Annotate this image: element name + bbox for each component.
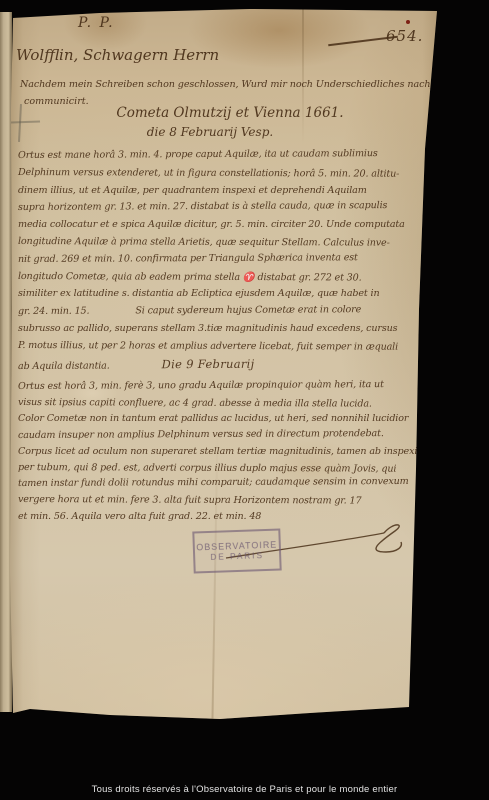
manuscript-line: visus sit ipsius capiti confluere, ac 4 … xyxy=(18,397,438,415)
manuscript-page: P. P. 654. Wolfflin, Schwagern Herrn Nac… xyxy=(10,9,444,721)
manuscript-line: nit grad. 269 et min. 10. confirmata per… xyxy=(18,252,438,271)
feb9-section-heading: Die 9 Februarij xyxy=(162,356,255,370)
binding-edge xyxy=(0,12,12,712)
opening-line: communicirt. xyxy=(24,96,89,107)
manuscript-line: similiter ex latitudine s. distantia ab … xyxy=(18,288,438,305)
manuscript-line: subrusso ac pallido, superans stellam 3.… xyxy=(18,323,438,340)
pencil-cross-mark xyxy=(18,104,21,142)
page-number: 654. xyxy=(386,27,423,45)
copyright-footer: Tous droits réservés à l'Observatoire de… xyxy=(0,784,489,795)
manuscript-line: caudam insuper non amplius Delphinum ver… xyxy=(18,427,438,445)
scanned-page-view: P. P. 654. Wolfflin, Schwagern Herrn Nac… xyxy=(0,0,489,800)
opening-line: Nachdem mein Schreiben schon geschlossen… xyxy=(20,79,477,90)
manuscript-line: tamen instar fundi dolii rotundus mihi c… xyxy=(18,476,438,494)
manuscript-line: Ortus est mane horâ 3. min. 4. prope cap… xyxy=(18,148,438,167)
salutation: P. P. xyxy=(78,15,115,31)
observation-feb8: Ortus est mane horâ 3. min. 4. prope cap… xyxy=(18,150,438,375)
stamp-text-line2: DE PARIS xyxy=(210,551,264,563)
manuscript-line: Ortus est horâ 3, min. ferè 3, uno gradu… xyxy=(18,379,438,397)
ink-spot xyxy=(406,20,410,24)
paragraph-end: ab Aquila distantia. xyxy=(18,360,110,371)
manuscript-line: supra horizontem gr. 13. et min. 27. dis… xyxy=(18,200,438,219)
manuscript-line: Delphinum versus extenderet, ut in figur… xyxy=(18,167,438,186)
paper-crease xyxy=(302,9,304,144)
manuscript-line: gr. 24. min. 15. Si caput sydereum hujus… xyxy=(18,303,438,322)
measurement-value: gr. 24. min. 15. xyxy=(18,305,89,316)
manuscript-line: Corpus licet ad oculum non superaret ste… xyxy=(18,446,438,462)
pencil-cross-mark xyxy=(10,120,40,123)
manuscript-line-continuation: Si caput sydereum hujus Cometæ erat in c… xyxy=(135,304,361,316)
opening-line: Wolfflin, Schwagern Herrn xyxy=(16,46,219,64)
observatoire-paris-stamp: OBSERVATOIRE DE PARIS xyxy=(192,528,281,573)
manuscript-line: media collocatur et e spica Aquilæ dicit… xyxy=(18,219,438,236)
manuscript-title: Cometa Olmutzij et Vienna 1661. xyxy=(80,105,380,121)
manuscript-line: ab Aquila distantia. Die 9 Februarij xyxy=(18,355,438,374)
manuscript-line: Color Cometæ non in tantum erat pallidus… xyxy=(18,413,438,429)
manuscript-line: longitudo Cometæ, quia ab eadem prima st… xyxy=(18,271,438,290)
manuscript-date-heading: die 8 Februarij Vesp. xyxy=(80,125,340,139)
